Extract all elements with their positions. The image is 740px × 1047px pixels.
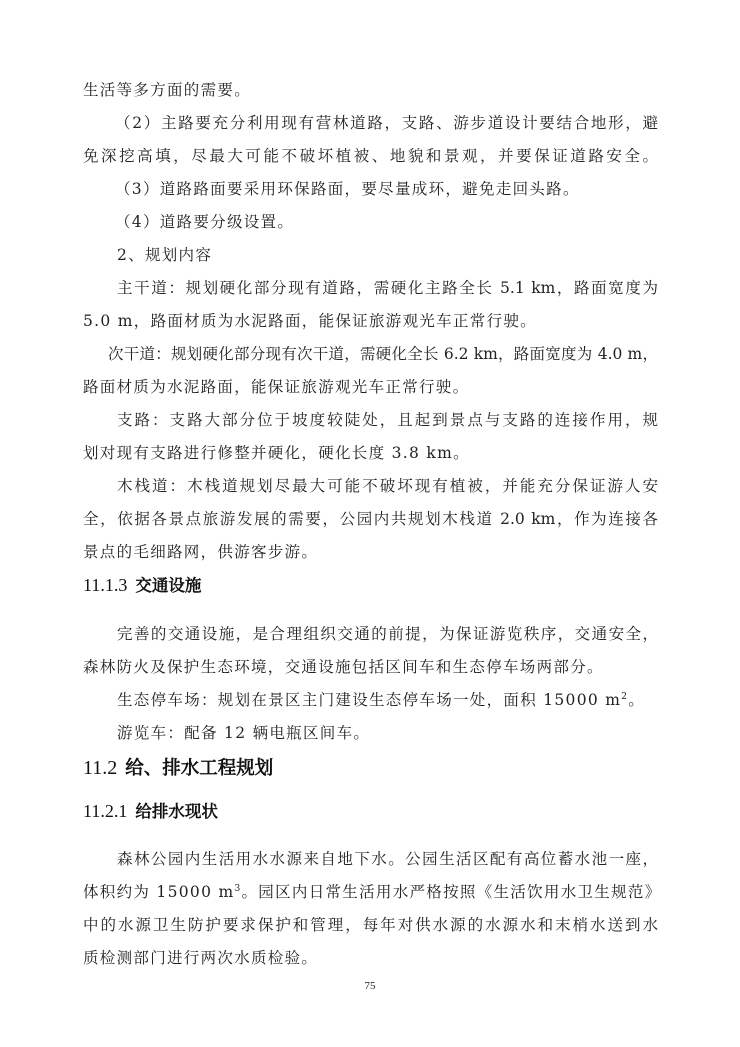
- water-text-end: 。园区内日常生活用水严格按照《生活饮用水卫生规范》: [242, 883, 662, 901]
- section-number: 11.1.3: [83, 575, 127, 595]
- water-text: 体积约为 15000 m: [83, 883, 234, 901]
- boardwalk-paragraph: 景点的毛细路网，供游客步游。: [83, 542, 658, 562]
- superscript: 3: [234, 884, 241, 894]
- parking-lot-paragraph: 生态停车场：规划在景区主门建设生态停车场一处，面积 15000 m2。: [117, 690, 692, 710]
- list-item-2-line: （2）主路要充分利用现有营林道路，支路、游步道设计要结合地形，避: [115, 113, 658, 133]
- secondary-road-paragraph: 路面材质为水泥路面，能保证旅游观光车正常行驶。: [83, 377, 658, 397]
- water-supply-paragraph: 体积约为 15000 m3。园区内日常生活用水严格按照《生活饮用水卫生规范》: [83, 882, 658, 902]
- list-item-2-line: 免深挖高填，尽最大可能不破坏植被、地貌和景观，并要保证道路安全。: [83, 146, 658, 166]
- section-title: 给、排水工程规划: [125, 758, 273, 779]
- section-heading-11-2: 11.2给、排水工程规划: [83, 756, 273, 781]
- parking-text-end: 。: [628, 691, 645, 709]
- branch-road-paragraph: 划对现有支路进行修整并硬化，硬化长度 3.8 km。: [83, 443, 658, 463]
- section-number: 11.2.1: [83, 801, 127, 821]
- section-heading-11-2-1: 11.2.1给排水现状: [83, 800, 218, 823]
- tour-vehicle-paragraph: 游览车：配备 12 辆电瓶区间车。: [117, 723, 692, 743]
- page-number: 75: [0, 980, 740, 992]
- secondary-road-paragraph: 次干道：规划硬化部分现有次干道，需硬化全长 6.2 km，路面宽度为 4.0 m…: [108, 344, 658, 364]
- boardwalk-paragraph: 全，依据各景点旅游发展的需要，公园内共规划木栈道 2.0 km，作为连接各: [83, 509, 658, 529]
- branch-road-paragraph: 支路：支路大部分位于坡度较陡处，且起到景点与支路的连接作用，规: [117, 410, 658, 430]
- water-supply-paragraph: 中的水源卫生防护要求保护和管理，每年对供水源的水源水和末梢水送到水: [83, 915, 658, 935]
- boardwalk-paragraph: 木栈道：木栈道规划尽最大可能不破坏现有植被，并能充分保证游人安: [117, 476, 658, 496]
- list-item-4: （4）道路要分级设置。: [115, 212, 658, 232]
- document-page: 生活等多方面的需要。 （2）主路要充分利用现有营林道路，支路、游步道设计要结合地…: [0, 0, 740, 1047]
- parking-text: 生态停车场：规划在景区主门建设生态停车场一处，面积 15000 m: [117, 691, 621, 709]
- section-heading-11-1-3: 11.1.3交通设施: [83, 574, 201, 597]
- water-supply-paragraph: 质检测部门进行两次水质检验。: [83, 948, 658, 968]
- traffic-facilities-paragraph: 完善的交通设施，是合理组织交通的前提，为保证游览秩序，交通安全，: [117, 624, 658, 644]
- list-item-3: （3）道路路面要采用环保路面，要尽量成环，避免走回头路。: [115, 179, 658, 199]
- water-supply-paragraph: 森林公园内生活用水水源来自地下水。公园生活区配有高位蓄水池一座，: [117, 849, 658, 869]
- traffic-facilities-paragraph: 森林防火及保护生态环境，交通设施包括区间车和生态停车场两部分。: [83, 657, 658, 677]
- section-title: 交通设施: [135, 576, 201, 595]
- main-road-paragraph: 5.0 m，路面材质为水泥路面，能保证旅游观光车正常行驶。: [83, 311, 658, 331]
- section-number: 11.2: [83, 757, 117, 779]
- paragraph-line: 生活等多方面的需要。: [83, 80, 658, 100]
- main-road-paragraph: 主干道：规划硬化部分现有道路，需硬化主路全长 5.1 km，路面宽度为: [117, 278, 658, 298]
- section-title: 给排水现状: [135, 802, 218, 821]
- subsection-label: 2、规划内容: [117, 245, 692, 265]
